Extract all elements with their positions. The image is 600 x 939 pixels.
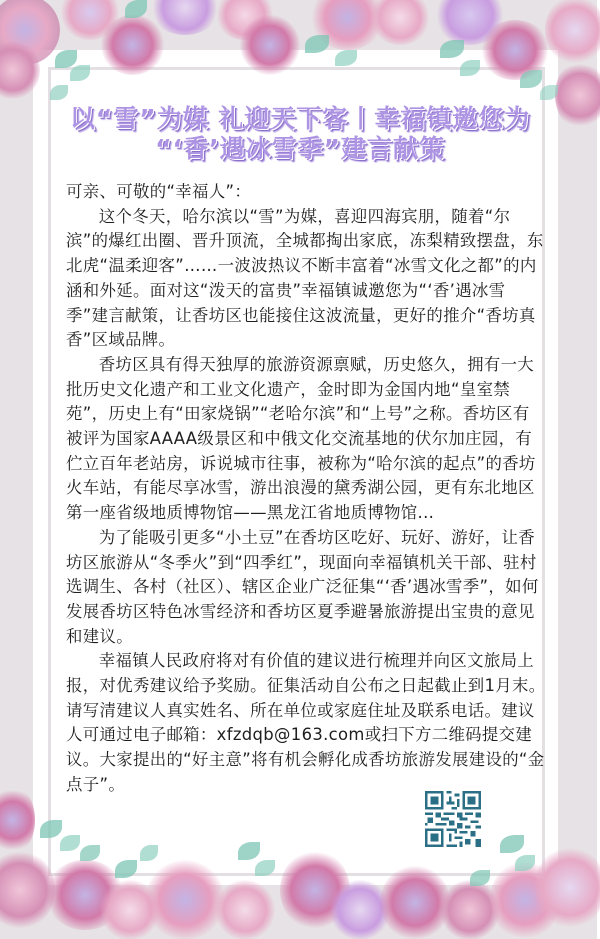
flower-decoration-icon xyxy=(545,0,600,65)
greeting: 可亲、可敬的“幸福人”： xyxy=(66,180,546,205)
flower-decoration-icon xyxy=(380,865,450,939)
flower-decoration-icon xyxy=(240,15,300,75)
paragraph-1: 这个冬天，哈尔滨以“雪”为媒，喜迎四海宾朋，随着“尔滨”的爆红出圈、晋升顶流，全… xyxy=(66,205,546,353)
flower-decoration-icon xyxy=(535,845,600,930)
flower-decoration-icon xyxy=(145,860,225,939)
flower-decoration-icon xyxy=(215,880,275,939)
flower-decoration-icon xyxy=(555,60,600,130)
paragraph-4: 幸福镇人民政府将对有价值的建议进行梳理并向区文旅局上报，对优秀建议给予奖励。征集… xyxy=(66,649,546,797)
page-title: 以“雪”为媒 礼迎天下客丨幸福镇邀您为 “‘香’遇冰雪季”建言献策 xyxy=(52,104,548,164)
paragraph-3: 为了能吸引更多“小土豆”在香坊区吃好、玩好、游好，让香坊区旅游从“冬季火”到“四… xyxy=(66,526,546,650)
paragraph-2: 香坊区具有得天独厚的旅游资源禀赋，历史悠久，拥有一大批历史文化遗产和工业文化遗产… xyxy=(66,353,546,526)
title-line-2: “‘香’遇冰雪季”建言献策 xyxy=(52,134,548,164)
title-line-1: 以“雪”为媒 礼迎天下客丨幸福镇邀您为 xyxy=(52,104,548,134)
flower-decoration-icon xyxy=(100,15,165,75)
qr-code-icon[interactable] xyxy=(425,791,481,847)
letter-body: 可亲、可敬的“幸福人”： 这个冬天，哈尔滨以“雪”为媒，喜迎四海宾朋，随着“尔滨… xyxy=(66,180,546,798)
